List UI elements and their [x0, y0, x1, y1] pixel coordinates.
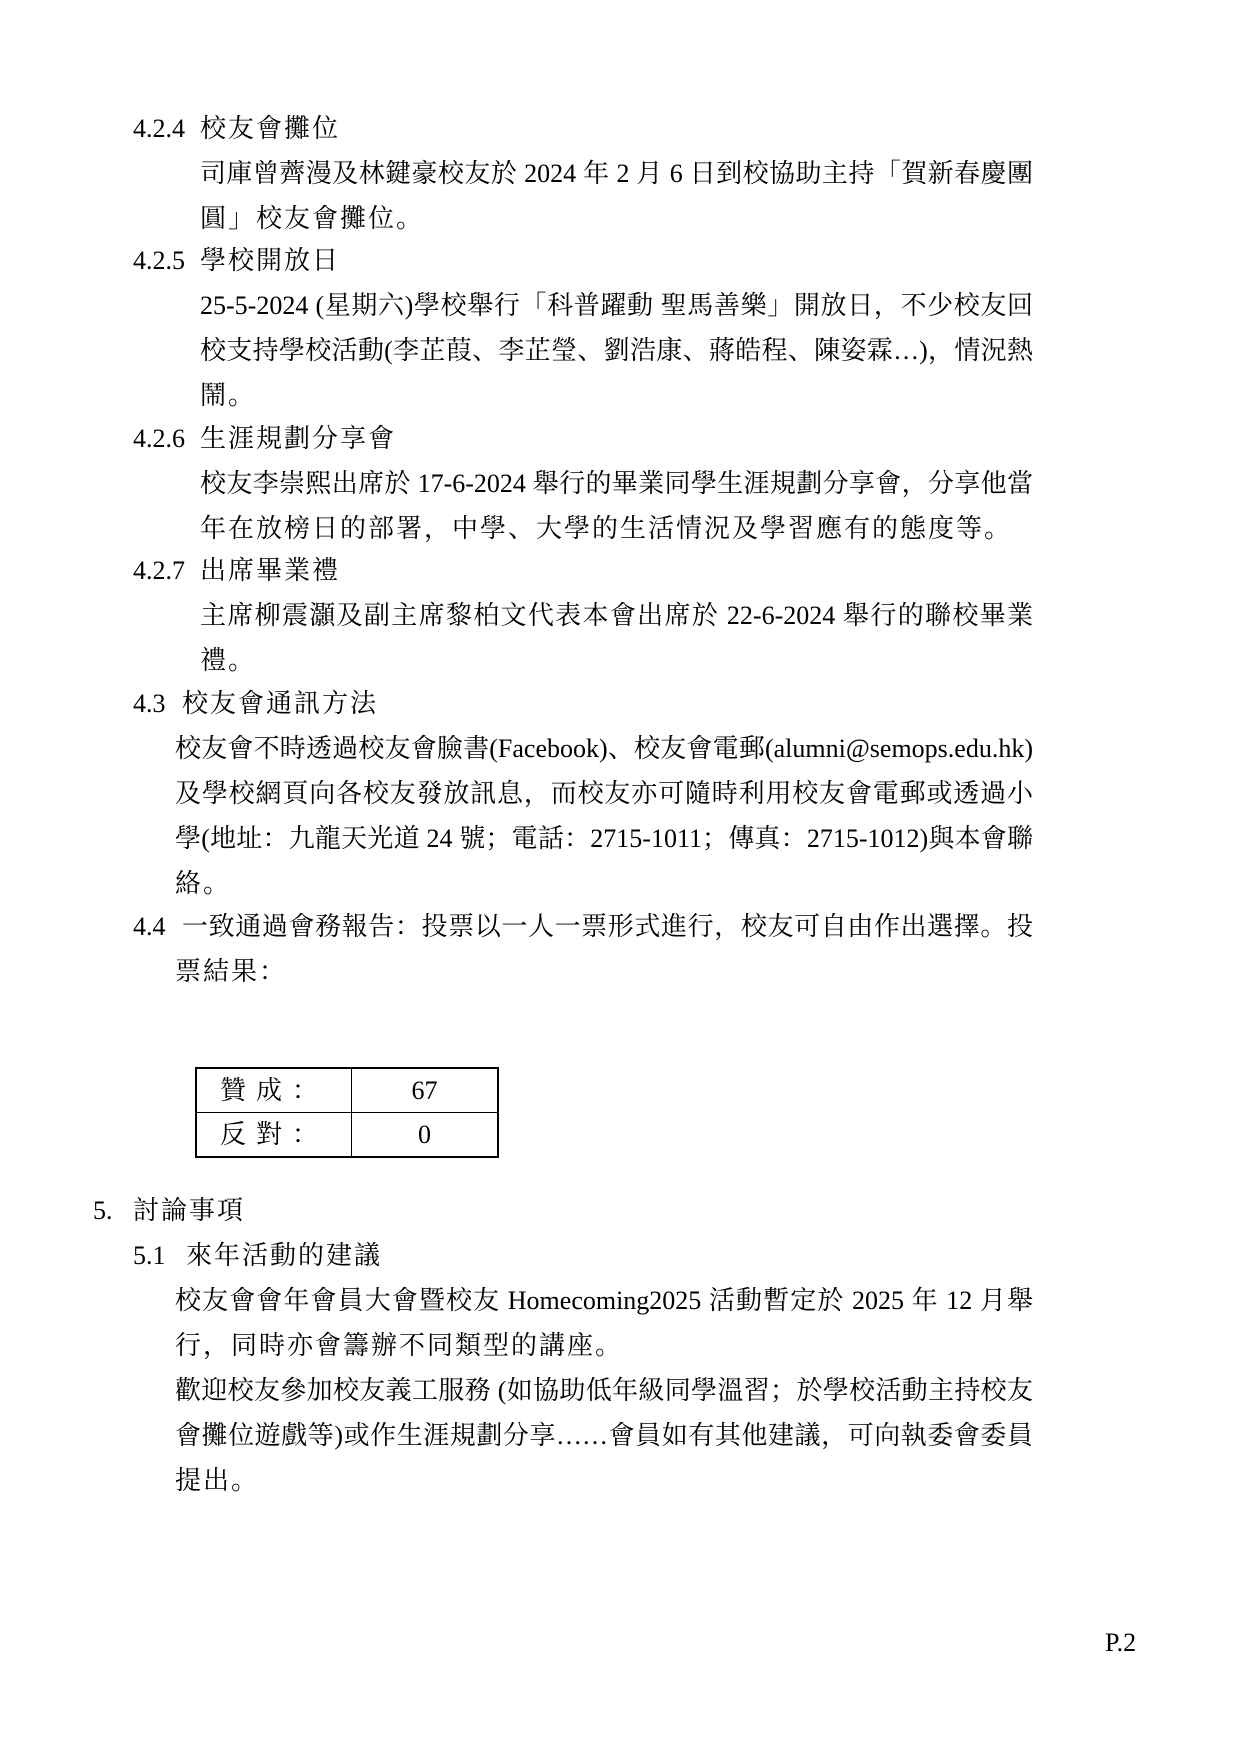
section-4-4-number: 4.4: [133, 904, 166, 949]
section-4-3-body-line: 絡。: [175, 861, 231, 906]
vote-approve-label: 贊成：: [196, 1068, 352, 1113]
vote-result-table: 贊成： 67 反對： 0: [195, 1067, 499, 1158]
section-4-2-6-number: 4.2.6: [133, 416, 185, 461]
section-4-2-5-number: 4.2.5: [133, 238, 185, 283]
section-4-2-7-body-line: 主席柳震灝及副主席黎柏文代表本會出席於 22-6-2024 舉行的聯校畢業: [200, 593, 1033, 638]
section-4-2-6-title: 生涯規劃分享會: [200, 416, 396, 461]
vote-approve-count: 67: [352, 1068, 499, 1113]
vote-oppose-count: 0: [352, 1113, 499, 1158]
section-4-2-7-number: 4.2.7: [133, 548, 185, 593]
section-4-3-body-line: 學(地址：九龍天光道 24 號；電話：2715-1011；傳真：2715-101…: [175, 816, 1033, 861]
section-4-4-body-line: 票結果：: [175, 949, 287, 994]
section-4-2-6-body-line: 校友李崇熙出席於 17-6-2024 舉行的畢業同學生涯規劃分享會，分享他當: [200, 461, 1033, 506]
section-4-2-5-body-line: 鬧。: [200, 373, 256, 418]
section-4-3-title: 校友會通訊方法: [182, 681, 378, 726]
section-4-2-7-body-line: 禮。: [200, 638, 256, 683]
section-4-3-number: 4.3: [133, 681, 166, 726]
section-5-1-number: 5.1: [133, 1233, 166, 1278]
section-4-2-4-title: 校友會攤位: [200, 106, 340, 151]
section-4-2-4-body-line: 圓」校友會攤位。: [200, 196, 424, 241]
section-4-3-body-line: 校友會不時透過校友會臉書(Facebook)、校友會電郵(alumni@semo…: [175, 726, 1033, 771]
section-4-2-6-body-line: 年在放榜日的部署，中學、大學的生活情況及學習應有的態度等。: [200, 506, 1012, 551]
section-4-2-4-number: 4.2.4: [133, 106, 185, 151]
section-5-1-body-line: 提出。: [175, 1458, 259, 1503]
section-5-1-body-line: 會攤位遊戲等)或作生涯規劃分享……會員如有其他建議，可向執委會委員: [175, 1413, 1033, 1458]
section-4-2-7-title: 出席畢業禮: [200, 548, 340, 593]
section-4-2-5-title: 學校開放日: [200, 238, 340, 283]
section-5-1-body-line: 行，同時亦會籌辦不同類型的講座。: [175, 1323, 623, 1368]
table-row: 反對： 0: [196, 1113, 498, 1158]
section-4-2-5-body-line: 25-5-2024 (星期六)學校舉行「科普躍動 聖馬善樂」開放日，不少校友回: [200, 283, 1033, 328]
document-page: 4.2.4 校友會攤位 司庫曾薺漫及林鍵豪校友於 2024 年 2 月 6 日到…: [0, 0, 1241, 1755]
section-5-1-body-line: 校友會會年會員大會暨校友 Homecoming2025 活動暫定於 2025 年…: [175, 1278, 1033, 1323]
section-5-title: 討論事項: [133, 1188, 245, 1233]
section-4-2-4-body-line: 司庫曾薺漫及林鍵豪校友於 2024 年 2 月 6 日到校協助主持「賀新春慶團: [200, 151, 1033, 196]
section-5-1-title: 來年活動的建議: [186, 1233, 382, 1278]
section-4-3-body-line: 及學校網頁向各校友發放訊息，而校友亦可隨時利用校友會電郵或透過小: [175, 771, 1033, 816]
section-5-number: 5.: [93, 1188, 113, 1233]
section-4-2-5-body-line: 校支持學校活動(李芷葭、李芷瑩、劉浩康、蔣皓程、陳姿霖…)，情況熱: [200, 328, 1033, 373]
table-row: 贊成： 67: [196, 1068, 498, 1113]
section-4-4-body-line: 一致通過會務報告：投票以一人一票形式進行，校友可自由作出選擇。投: [182, 904, 1033, 949]
page-number: P.2: [1105, 1620, 1136, 1665]
section-5-1-body-line: 歡迎校友參加校友義工服務 (如協助低年級同學溫習；於學校活動主持校友: [175, 1368, 1033, 1413]
vote-oppose-label: 反對：: [196, 1113, 352, 1158]
